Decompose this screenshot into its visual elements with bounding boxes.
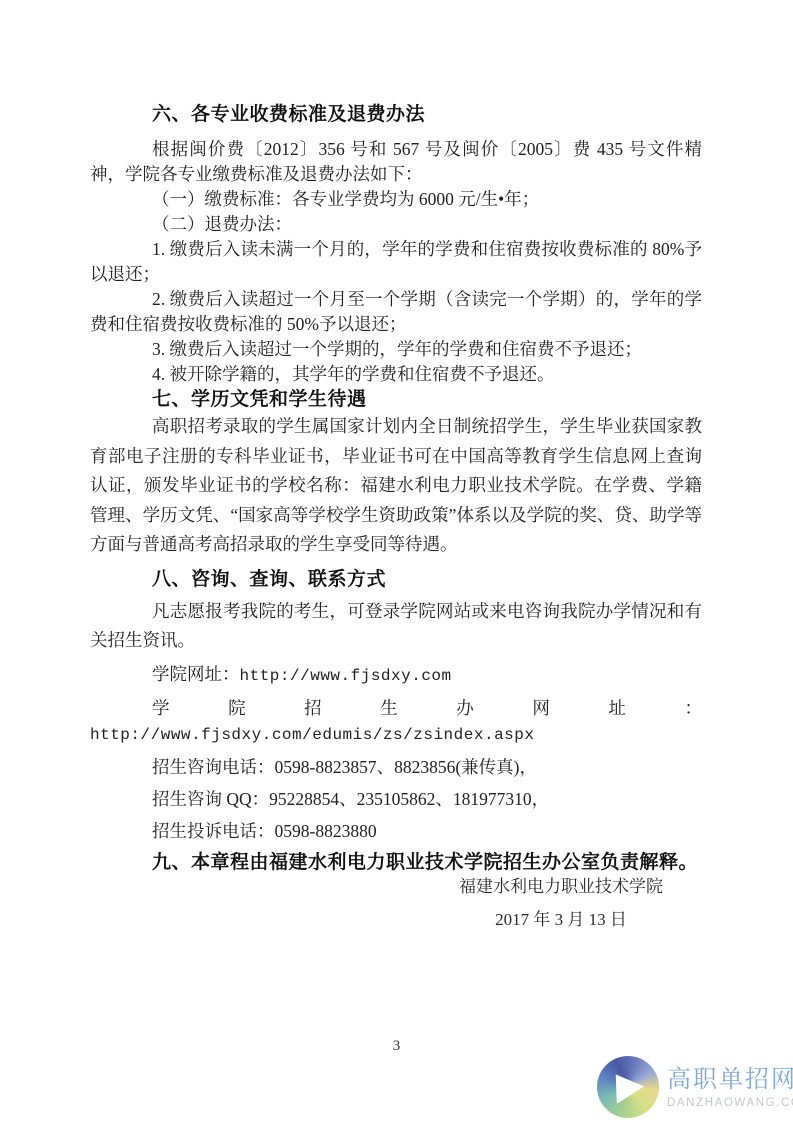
contact-url: http://www.fjsdxy.com/edumis/zs/zsindex.…: [90, 726, 534, 744]
paragraph-refund-rule-2: 2. 缴费后入读超过一个月至一个学期（含读完一个学期）的，学年的学费和住宿费按收…: [90, 287, 702, 337]
contact-label: 招生咨询 QQ：: [152, 789, 269, 809]
contact-value: 0598-8823880: [275, 821, 377, 841]
contact-label: 招生咨询电话：: [152, 757, 275, 777]
section-6-heading: 六、各专业收费标准及退费办法: [90, 102, 702, 127]
signature-org: 福建水利电力职业技术学院: [455, 874, 667, 899]
paragraph-refund-rule-3: 3. 缴费后入读超过一个学期的，学年的学费和住宿费不予退还；: [90, 337, 702, 362]
paragraph-fee-standard: （一）缴费标准：各专业学费均为 6000 元/生•年；: [90, 187, 702, 212]
watermark: 高职单招网 DANZHAOWANG.COM: [597, 1056, 793, 1118]
paragraph-diploma-treatment: 高职招考录取的学生属国家计划内全日制统招学生，学生毕业获国家教育部电子注册的专科…: [90, 412, 702, 560]
contact-line-consult-qq: 招生咨询 QQ：95228854、235105862、181977310，: [90, 787, 702, 812]
logo-triangle-icon: [612, 1070, 646, 1104]
contact-value: 95228854、235105862、181977310，: [269, 789, 549, 809]
contact-line-complaint-phone: 招生投诉电话：0598-8823880: [90, 819, 702, 844]
signature-block: 福建水利电力职业技术学院 2017 年 3 月 13 日: [455, 874, 667, 932]
contact-label: 学院网址：: [152, 664, 240, 684]
contact-label: 招生投诉电话：: [152, 821, 275, 841]
document-content: 六、各专业收费标准及退费办法 根据闽价费〔2012〕356 号和 567 号及闽…: [90, 102, 702, 875]
contact-label: 学院招生办网址：: [152, 698, 702, 718]
section-8-heading: 八、咨询、查询、联系方式: [90, 567, 702, 592]
paragraph-refund-method-title: （二）退费办法：: [90, 212, 702, 237]
section-7-heading: 七、学历文凭和学生待遇: [90, 387, 702, 412]
section-9-heading: 九、本章程由福建水利电力职业技术学院招生办公室负责解释。: [90, 850, 702, 875]
signature-date: 2017 年 3 月 13 日: [455, 907, 667, 932]
contact-line-website: 学院网址：http://www.fjsdxy.com: [90, 662, 702, 689]
paragraph-refund-rule-1: 1. 缴费后入读未满一个月的，学年的学费和住宿费按收费标准的 80%予以退还；: [90, 237, 702, 287]
watermark-site-name: 高职单招网: [667, 1066, 793, 1094]
contact-line-consult-phone: 招生咨询电话：0598-8823857、8823856(兼传真)，: [90, 755, 702, 780]
page-number: 3: [0, 1038, 793, 1055]
contact-value: 0598-8823857、8823856(兼传真)，: [275, 757, 537, 777]
paragraph-consult-intro: 凡志愿报考我院的考生，可登录学院网站或来电咨询我院办学情况和有关招生资讯。: [90, 597, 702, 655]
paragraph-refund-rule-4: 4. 被开除学籍的，其学年的学费和住宿费不予退还。: [90, 362, 702, 387]
danzhaowang-logo-swirl-icon: [597, 1056, 659, 1118]
document-page: 六、各专业收费标准及退费办法 根据闽价费〔2012〕356 号和 567 号及闽…: [0, 0, 793, 1122]
paragraph-fee-basis: 根据闽价费〔2012〕356 号和 567 号及闽价〔2005〕费 435 号文…: [90, 137, 702, 187]
contact-line-admissions-website: 学院招生办网址：http://www.fjsdxy.com/edumis/zs/…: [90, 696, 702, 748]
contact-url: http://www.fjsdxy.com: [240, 667, 452, 685]
watermark-text: 高职单招网 DANZHAOWANG.COM: [667, 1066, 793, 1110]
watermark-site-domain: DANZHAOWANG.COM: [667, 1096, 793, 1110]
